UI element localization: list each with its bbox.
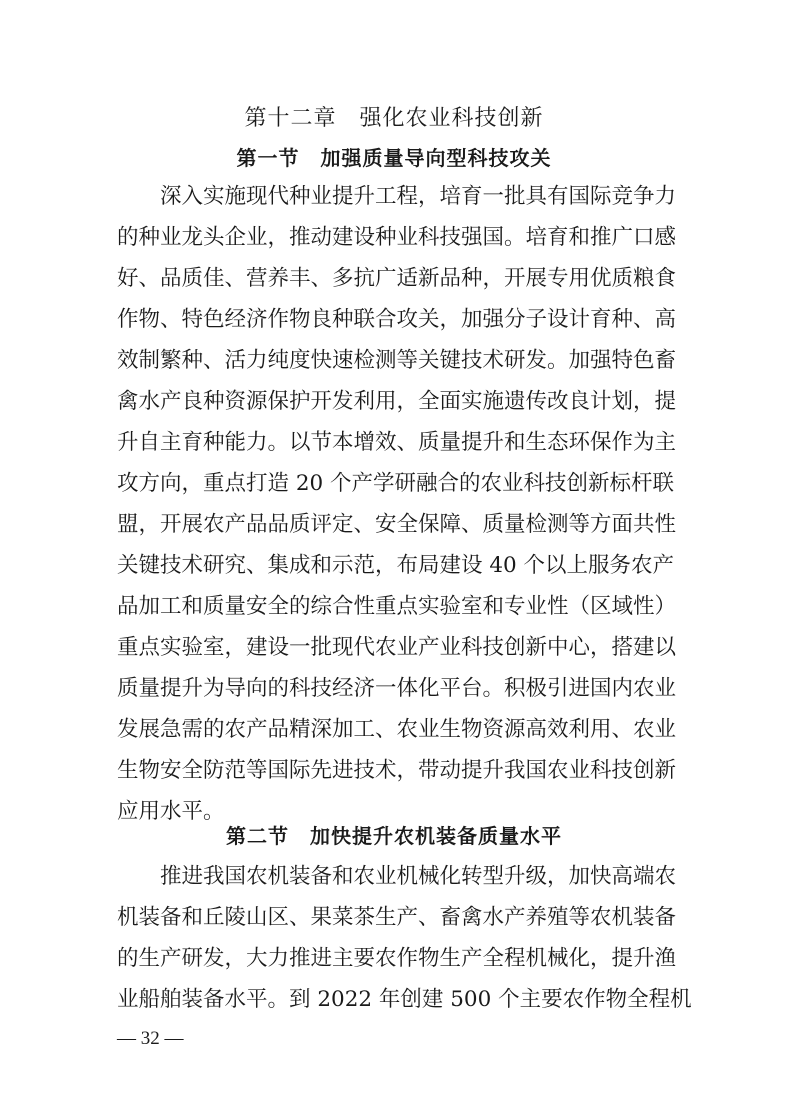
section-title-2: 第二节 加快提升农机装备质量水平 — [0, 822, 788, 850]
paragraph-line: 重点实验室，建设一批现代农业产业科技创新中心，搭建以 — [117, 627, 673, 668]
paragraph-line: 质量提升为导向的科技经济一体化平台。积极引进国内农业 — [117, 668, 673, 709]
page-number: — 32 — — [117, 1026, 184, 1052]
paragraph-line: 的生产研发，大力推进主要农作物生产全程机械化，提升渔 — [117, 938, 673, 979]
paragraph-line: 深入实施现代种业提升工程，培育一批具有国际竞争力 — [117, 176, 673, 217]
section-2-paragraph: 推进我国农机装备和农业机械化转型升级，加快高端农 机装备和丘陵山区、果菜茶生产、… — [117, 856, 673, 1020]
paragraph-line: 品加工和质量安全的综合性重点实验室和专业性（区域性） — [117, 586, 673, 627]
paragraph-line: 生物安全防范等国际先进技术，带动提升我国农业科技创新 — [117, 750, 673, 791]
chapter-title: 第十二章 强化农业科技创新 — [0, 104, 788, 134]
paragraph-line: 机装备和丘陵山区、果菜茶生产、畜禽水产养殖等农机装备 — [117, 897, 673, 938]
paragraph-line: 发展急需的农产品精深加工、农业生物资源高效利用、农业 — [117, 709, 673, 750]
document-page: 第十二章 强化农业科技创新 第一节 加强质量导向型科技攻关 深入实施现代种业提升… — [0, 0, 788, 1113]
paragraph-line: 盟，开展农产品品质评定、安全保障、质量检测等方面共性 — [117, 504, 673, 545]
paragraph-line: 业船舶装备水平。到 2022 年创建 500 个主要农作物全程机 — [117, 979, 673, 1020]
section-title-1: 第一节 加强质量导向型科技攻关 — [0, 144, 788, 172]
paragraph-line: 关键技术研究、集成和示范，布局建设 40 个以上服务农产 — [117, 545, 673, 586]
paragraph-line: 的种业龙头企业，推动建设种业科技强国。培育和推广口感 — [117, 217, 673, 258]
paragraph-line: 推进我国农机装备和农业机械化转型升级，加快高端农 — [117, 856, 673, 897]
section-1-paragraph: 深入实施现代种业提升工程，培育一批具有国际竞争力 的种业龙头企业，推动建设种业科… — [117, 176, 673, 832]
paragraph-line: 作物、特色经济作物良种联合攻关，加强分子设计育种、高 — [117, 299, 673, 340]
paragraph-line: 效制繁种、活力纯度快速检测等关键技术研发。加强特色畜 — [117, 340, 673, 381]
paragraph-line: 禽水产良种资源保护开发利用，全面实施遗传改良计划，提 — [117, 381, 673, 422]
paragraph-line: 升自主育种能力。以节本增效、质量提升和生态环保作为主 — [117, 422, 673, 463]
paragraph-line: 好、品质佳、营养丰、多抗广适新品种，开展专用优质粮食 — [117, 258, 673, 299]
paragraph-line: 攻方向，重点打造 20 个产学研融合的农业科技创新标杆联 — [117, 463, 673, 504]
